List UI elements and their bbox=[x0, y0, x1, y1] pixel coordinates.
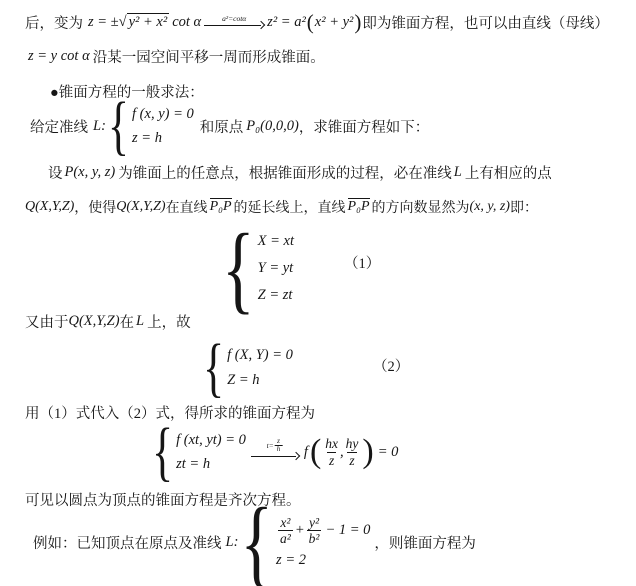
equation-3: { f (xt, yt) = 0 zt = h t= z h f ( hx z … bbox=[152, 426, 398, 478]
system-row: Z = h bbox=[227, 368, 293, 393]
text-run: 设 bbox=[48, 162, 63, 183]
arrow-label-fraction: z h bbox=[275, 438, 283, 454]
paragraph-line-1: 后，变为 z = ± √ y² + x² cot α a²=cotα z² = … bbox=[25, 9, 609, 35]
system-row: z = 2 bbox=[276, 552, 306, 569]
equation-system: { f (x, y) = 0 z = h bbox=[108, 102, 194, 150]
text-run: 在 bbox=[120, 311, 135, 332]
brace-icon: { bbox=[152, 426, 173, 479]
text-run: 的方向数显然为 bbox=[372, 197, 470, 217]
system-row: zt = h bbox=[176, 452, 246, 476]
equation-1: { X = xt Y = yt Z = zt bbox=[222, 228, 294, 308]
fraction-numerator: y² bbox=[309, 515, 319, 531]
system-rows: f (x, y) = 0 z = h bbox=[132, 102, 194, 150]
text-run: 为锥面上的任意点，根据锥面形成的过程，必在准线 bbox=[118, 162, 452, 183]
text-run: 后，变为 bbox=[25, 12, 83, 33]
sqrt-radicand: y² + x² bbox=[127, 13, 170, 31]
fraction: y² b² bbox=[307, 515, 322, 547]
arrow-label: t= z h bbox=[267, 438, 284, 454]
equation-2-number: （2） bbox=[373, 356, 409, 374]
equation-number: （2） bbox=[373, 355, 409, 376]
text-run: ，则锥面方程为 bbox=[374, 532, 476, 553]
math-run: z² = a² bbox=[267, 14, 306, 31]
arrow-shaft bbox=[204, 25, 261, 26]
plus-sign: + bbox=[295, 522, 305, 539]
system-row: f (xt, yt) = 0 bbox=[176, 428, 246, 452]
system-rows: f (xt, yt) = 0 zt = h bbox=[176, 428, 246, 476]
math-run: L bbox=[136, 313, 144, 330]
text-run: 即： bbox=[510, 197, 538, 217]
left-paren: ( bbox=[310, 435, 321, 469]
equation-number: （1） bbox=[344, 252, 380, 273]
document-page: 后，变为 z = ± √ y² + x² cot α a²=cotα z² = … bbox=[0, 0, 636, 586]
system-row: Y = yt bbox=[258, 255, 294, 282]
overlined-segment: P₀P bbox=[348, 198, 370, 215]
math-run: L bbox=[454, 164, 462, 181]
system-row: z = h bbox=[132, 126, 194, 150]
comma: , bbox=[340, 444, 344, 461]
arrow-label: a²=cotα bbox=[222, 14, 246, 23]
system-row: Z = zt bbox=[258, 282, 294, 309]
text-run: ，使得 bbox=[74, 197, 116, 217]
math-run: z = ± bbox=[88, 14, 119, 31]
curve-name: L: bbox=[226, 534, 239, 551]
paragraph-line-2: z = y cot α 沿某一园空间平移一周而形成锥面。 bbox=[28, 46, 325, 66]
equation-system: { f (X, Y) = 0 Z = h bbox=[203, 343, 293, 393]
fraction: hx z bbox=[325, 436, 338, 468]
fraction-denominator: a² bbox=[278, 530, 293, 547]
text-run: ，求锥面方程如下： bbox=[299, 116, 430, 137]
equation-2: { f (X, Y) = 0 Z = h bbox=[203, 342, 293, 394]
labeled-arrow: a²=cotα bbox=[204, 13, 264, 31]
curve-name: L: bbox=[93, 118, 106, 135]
text-run: 给定准线 bbox=[30, 116, 88, 137]
text-run: 沿某一园空间平移一周而形成锥面。 bbox=[93, 46, 325, 67]
math-run: Q(X,Y,Z) bbox=[25, 199, 74, 215]
text-run: 在直线 bbox=[166, 197, 208, 217]
math-run: P₀(0,0,0) bbox=[246, 118, 299, 135]
given-line: 给定准线 L: { f (x, y) = 0 z = h 和原点 P₀(0,0,… bbox=[30, 100, 429, 152]
paragraph-line-3: 设 P(x, y, z) 为锥面上的任意点，根据锥面形成的过程，必在准线 L 上… bbox=[48, 162, 552, 182]
math-run: x² + y² bbox=[315, 14, 354, 31]
math-run: Q(X,Y,Z) bbox=[116, 199, 165, 215]
text-run: 和原点 bbox=[200, 116, 244, 137]
brace-icon: { bbox=[203, 342, 224, 395]
brace-icon: { bbox=[222, 229, 255, 308]
function-symbol: f bbox=[304, 444, 308, 461]
fraction-denominator: z bbox=[327, 452, 336, 469]
math-run: Q(X,Y,Z) bbox=[69, 313, 120, 330]
fraction-numerator: hy bbox=[346, 436, 359, 452]
system-row: X = xt bbox=[258, 228, 294, 255]
text-run: 例如：已知顶点在原点及准线 bbox=[33, 532, 222, 553]
brace-icon: { bbox=[240, 503, 273, 582]
sqrt-icon: √ bbox=[119, 14, 127, 31]
brace-icon: { bbox=[108, 100, 129, 153]
arrow-label-text: t= bbox=[267, 441, 274, 450]
math-run: (x, y, z) bbox=[470, 199, 510, 215]
labeled-arrow: t= z h bbox=[251, 440, 299, 464]
equation-system: { x² a² + y² b² − 1 = 0 z = 2 bbox=[240, 515, 370, 569]
fraction-numerator: x² bbox=[280, 515, 290, 531]
math-run: = 0 bbox=[378, 444, 399, 461]
left-paren: ( bbox=[307, 12, 314, 33]
fraction: hy z bbox=[346, 436, 359, 468]
system-row: f (X, Y) = 0 bbox=[227, 343, 293, 368]
right-paren: ) bbox=[362, 435, 373, 469]
fraction-numerator: z bbox=[277, 438, 280, 446]
right-paren: ) bbox=[354, 12, 361, 33]
system-row: x² a² + y² b² − 1 = 0 bbox=[276, 515, 370, 547]
arrow-head-icon bbox=[257, 21, 265, 29]
text-run: 上，故 bbox=[147, 311, 191, 332]
arrow-shaft bbox=[251, 456, 296, 457]
text-run: 上有相应的点 bbox=[465, 162, 552, 183]
system-rows: f (X, Y) = 0 Z = h bbox=[227, 343, 293, 393]
system-rows: x² a² + y² b² − 1 = 0 z = 2 bbox=[276, 515, 370, 569]
fraction-denominator: b² bbox=[307, 530, 322, 547]
math-run: − 1 = 0 bbox=[325, 522, 370, 539]
equation-1-number: （1） bbox=[344, 253, 380, 271]
text-run: 即为锥面方程，也可以由直线（母线） bbox=[362, 12, 609, 33]
example-line: 例如：已知顶点在原点及准线 L: { x² a² + y² b² − 1 = 0 bbox=[33, 504, 476, 580]
math-run: z = y cot α bbox=[28, 48, 90, 65]
text-run: 又由于 bbox=[25, 311, 69, 332]
system-row: f (x, y) = 0 bbox=[132, 102, 194, 126]
fraction-denominator: z bbox=[347, 452, 356, 469]
fraction: x² a² bbox=[278, 515, 293, 547]
arrow-head-icon bbox=[292, 452, 300, 460]
paragraph-line-4: Q(X,Y,Z) ，使得 Q(X,Y,Z) 在直线 P₀P 的延长线上，直线 P… bbox=[25, 196, 538, 218]
math-run: cot α bbox=[172, 14, 201, 31]
system-rows: X = xt Y = yt Z = zt bbox=[258, 228, 294, 309]
equation-system: { f (xt, yt) = 0 zt = h bbox=[152, 428, 246, 476]
math-run: P(x, y, z) bbox=[65, 164, 116, 181]
paragraph-line-5: 又由于 Q(X,Y,Z) 在 L 上，故 bbox=[25, 311, 191, 331]
fraction-numerator: hx bbox=[325, 436, 338, 452]
equation-system: { X = xt Y = yt Z = zt bbox=[222, 228, 294, 309]
fraction-denominator: h bbox=[275, 445, 283, 454]
